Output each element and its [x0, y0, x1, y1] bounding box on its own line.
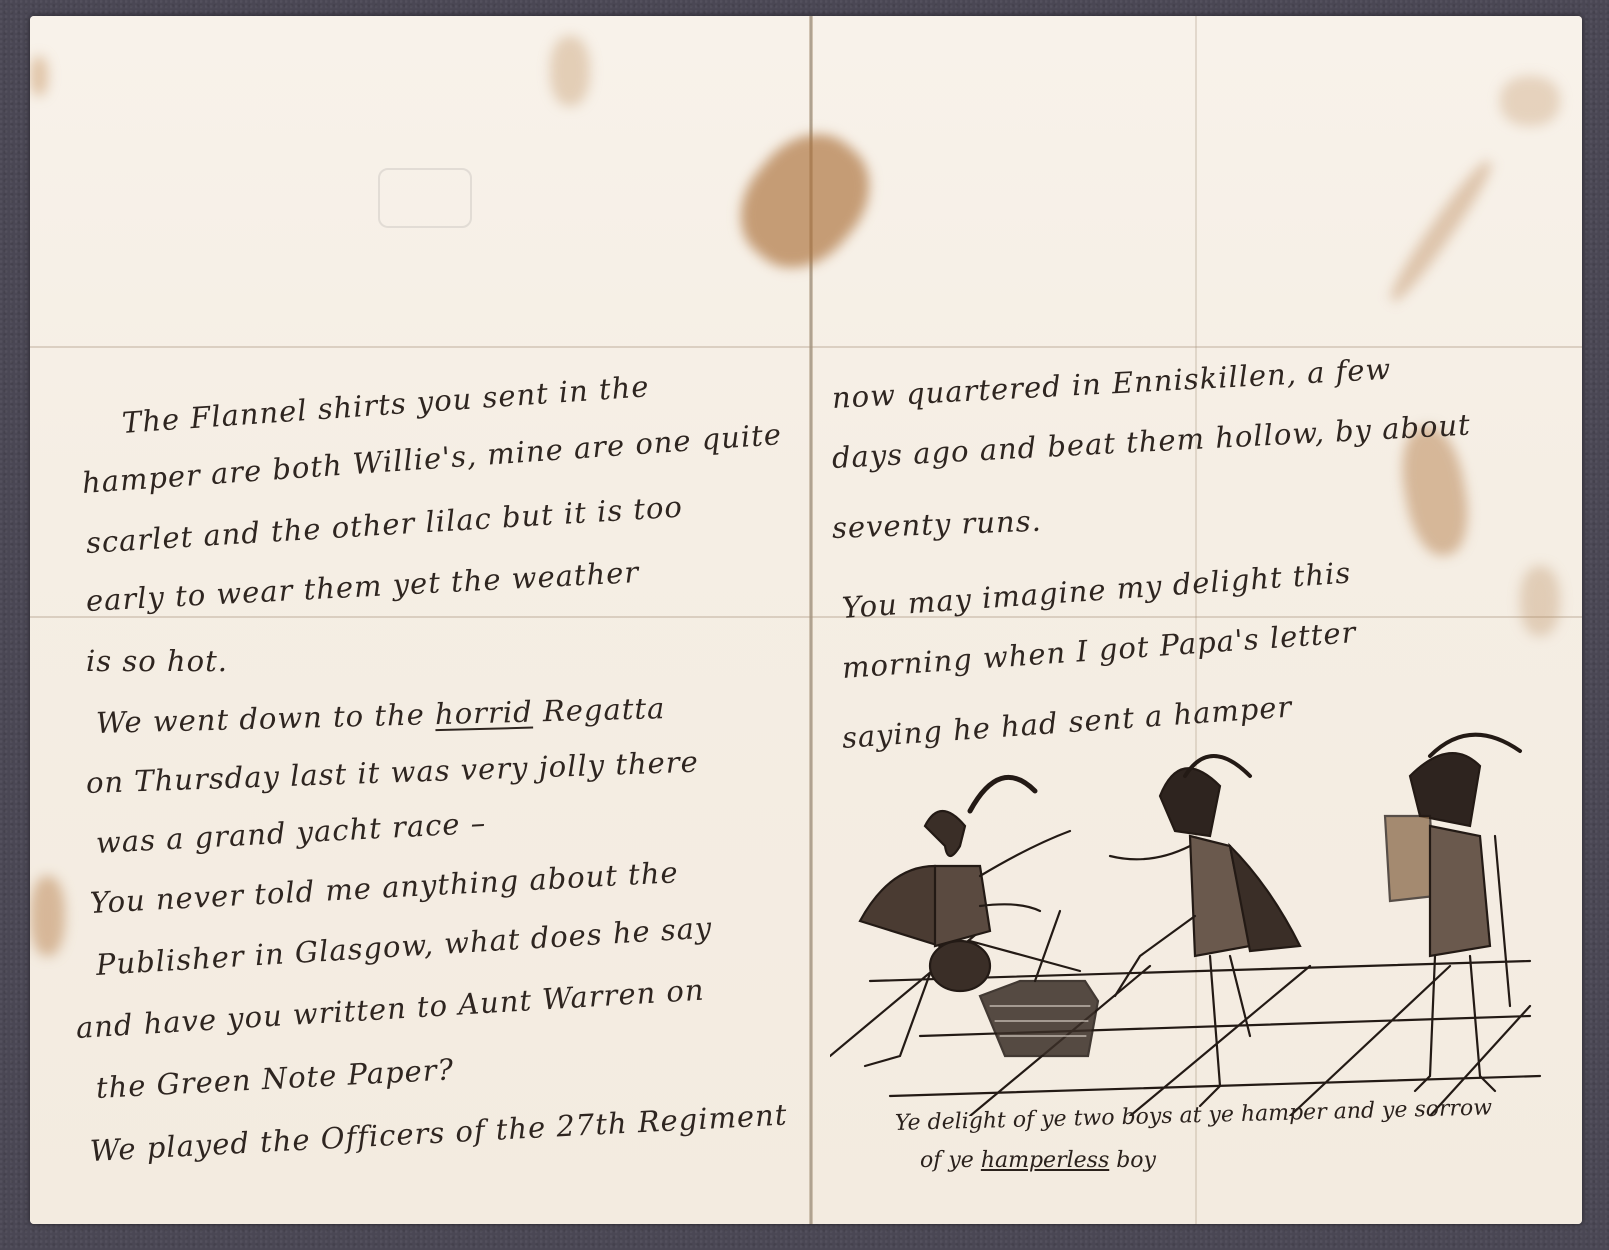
archive-stamp: [378, 168, 472, 228]
stain: [550, 36, 590, 106]
text-span: of ye: [920, 1148, 981, 1173]
underlined-word: horrid: [435, 695, 534, 732]
text-span: Regatta: [532, 691, 666, 728]
illustration-caption-line: of ye hamperless boy: [920, 1148, 1156, 1173]
stain: [30, 876, 65, 956]
ink-illustration: [830, 716, 1550, 1116]
underlined-word: hamperless: [981, 1148, 1109, 1173]
stain: [30, 56, 48, 96]
letter-sheet: The Flannel shirts you sent in the hampe…: [30, 16, 1582, 1224]
stain: [1520, 566, 1560, 636]
stain: [1500, 76, 1560, 126]
text-span: boy: [1109, 1148, 1156, 1173]
figure-right: [1385, 735, 1520, 1091]
letter-line: is so hot.: [86, 644, 228, 678]
fold-line: [30, 346, 1582, 348]
hamper-icon: [980, 911, 1098, 1056]
